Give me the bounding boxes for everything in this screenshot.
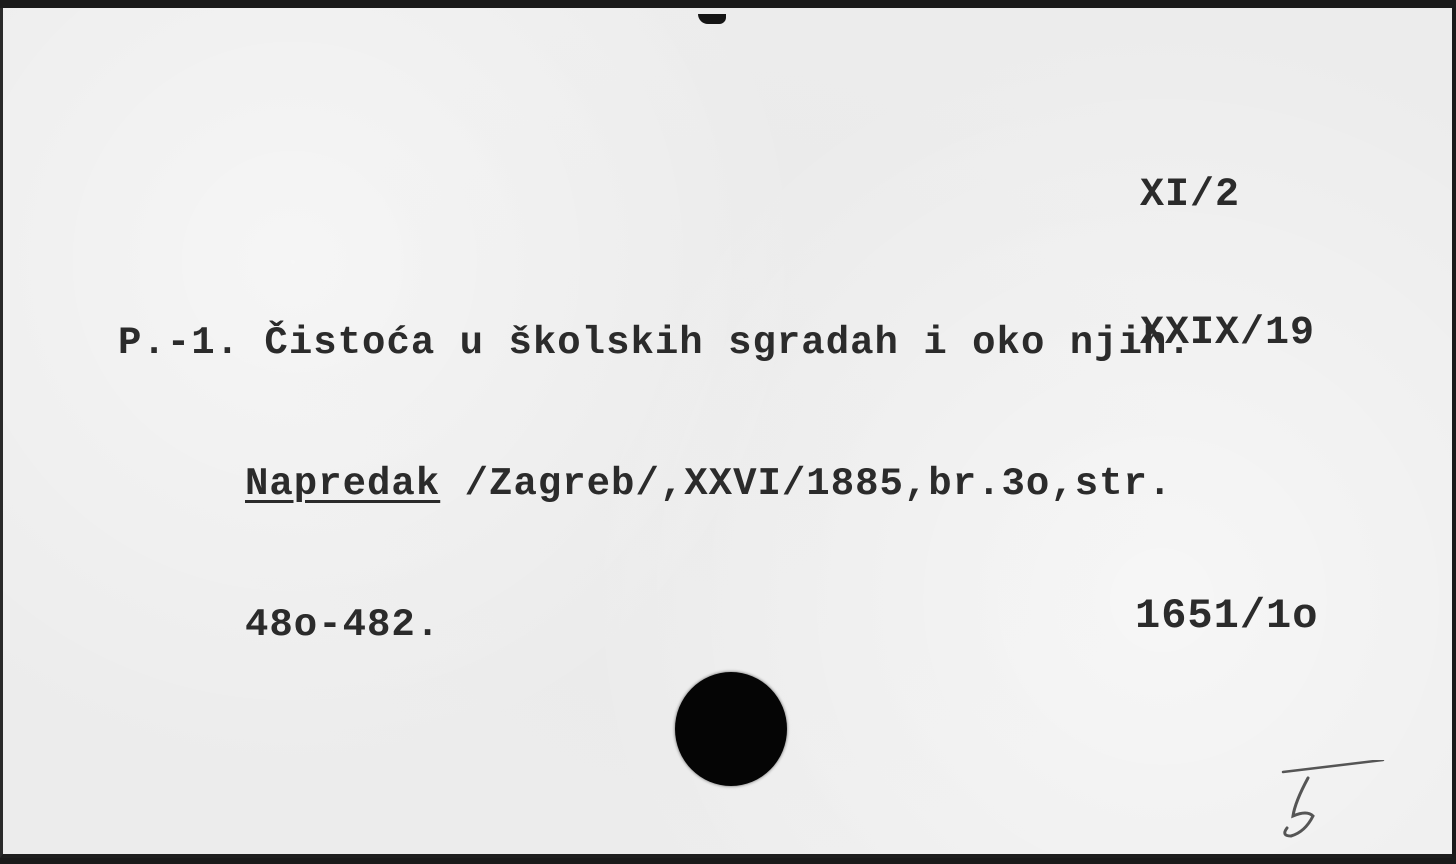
bibliographic-entry: P.-1. Čistoća u školskih sgradah i oko n…: [118, 226, 1192, 743]
catalog-card: XI/2 XXIX/19 P.-1. Čistoća u školskih sg…: [0, 8, 1452, 858]
entry-title-line: P.-1. Čistoća u školskih sgradah i oko n…: [118, 320, 1192, 367]
journal-title: Napredak: [245, 462, 440, 506]
handwritten-number-5: [1273, 760, 1393, 840]
punch-hole: [675, 672, 787, 786]
call-number-line-1: XI/2: [1140, 173, 1315, 219]
entry-pages-line: 48o-482.: [118, 602, 1192, 649]
journal-details: /Zagreb/,XXVI/1885,br.3o,str.: [440, 462, 1172, 506]
card-top-notch: [698, 14, 726, 24]
entry-source-line: Napredak /Zagreb/,XXVI/1885,br.3o,str.: [118, 461, 1192, 508]
accession-number: 1651/1o: [1135, 592, 1318, 640]
